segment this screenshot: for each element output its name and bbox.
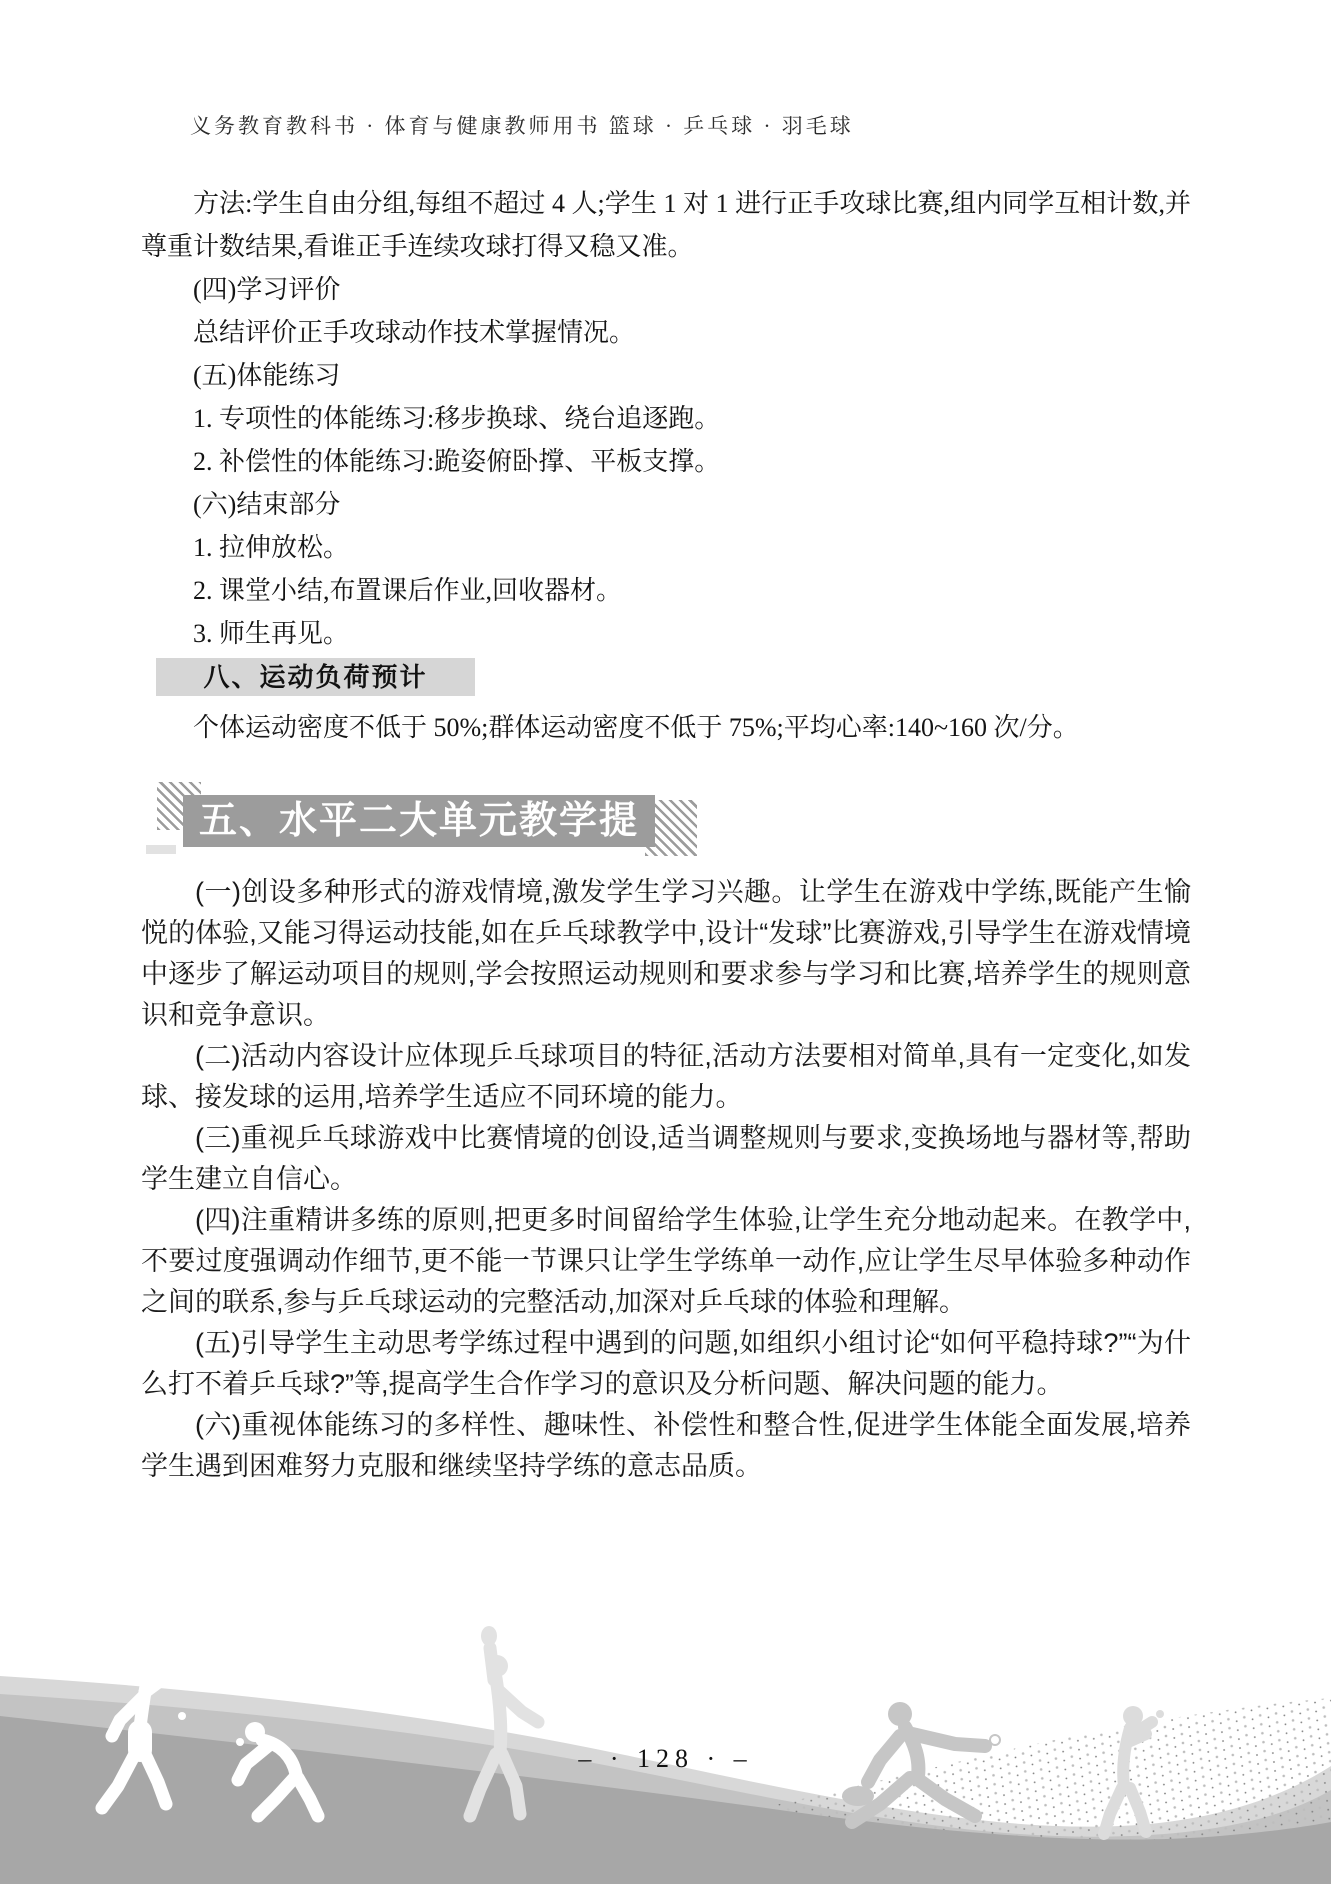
lesson-plan-section: 方法:学生自由分组,每组不超过 4 人;学生 1 对 1 进行正手攻球比赛,组内… xyxy=(141,182,1191,655)
load-body-text: 个体运动密度不低于 50%;群体运动密度不低于 75%;平均心率:140~160… xyxy=(141,706,1191,749)
lesson-paragraph: (五)体能练习 xyxy=(141,354,1191,397)
tips-paragraph: (三)重视乒乓球游戏中比赛情境的创设,适当调整规则与要求,变换场地与器材等,帮助… xyxy=(141,1118,1191,1200)
lesson-paragraph: 1. 专项性的体能练习:移步换球、绕台追逐跑。 xyxy=(141,397,1191,440)
lesson-paragraph: 方法:学生自由分组,每组不超过 4 人;学生 1 对 1 进行正手攻球比赛,组内… xyxy=(141,182,1191,268)
tips-paragraph: (五)引导学生主动思考学练过程中遇到的问题,如组织小组讨论“如何平稳持球?”“为… xyxy=(141,1323,1191,1405)
tips-paragraph: (一)创设多种形式的游戏情境,激发学生学习兴趣。让学生在游戏中学练,既能产生愉悦… xyxy=(141,872,1191,1036)
lesson-paragraph: 1. 拉伸放松。 xyxy=(141,526,1191,569)
page-number: – · 128 · – xyxy=(0,1744,1331,1774)
footer-decoration xyxy=(0,1594,1331,1884)
unit-tips-section: (一)创设多种形式的游戏情境,激发学生学习兴趣。让学生在游戏中学练,既能产生愉悦… xyxy=(141,872,1191,1487)
lesson-paragraph: 总结评价正手攻球动作技术掌握情况。 xyxy=(141,311,1191,354)
lesson-paragraph: 2. 补偿性的体能练习:跪姿俯卧撑、平板支撑。 xyxy=(141,440,1191,483)
book-page: 义务教育教科书 · 体育与健康教师用书 篮球 · 乒乓球 · 羽毛球 方法:学生… xyxy=(0,0,1331,1884)
lesson-paragraph: (六)结束部分 xyxy=(141,483,1191,526)
section-heading-load: 八、运动负荷预计 xyxy=(156,658,475,696)
banner-shadow-decoration xyxy=(146,845,176,854)
running-header: 义务教育教科书 · 体育与健康教师用书 篮球 · 乒乓球 · 羽毛球 xyxy=(190,110,1190,140)
section-heading-unit-tips: 五、水平二大单元教学提示 xyxy=(183,795,655,847)
page-footer: – · 128 · – xyxy=(0,1594,1331,1884)
tips-paragraph: (二)活动内容设计应体现乒乓球项目的特征,活动方法要相对简单,具有一定变化,如发… xyxy=(141,1036,1191,1118)
tips-paragraph: (六)重视体能练习的多样性、趣味性、补偿性和整合性,促进学生体能全面发展,培养学… xyxy=(141,1405,1191,1487)
lesson-paragraph: 2. 课堂小结,布置课后作业,回收器材。 xyxy=(141,569,1191,612)
lesson-paragraph: 3. 师生再见。 xyxy=(141,612,1191,655)
lesson-paragraph: (四)学习评价 xyxy=(141,268,1191,311)
tips-paragraph: (四)注重精讲多练的原则,把更多时间留给学生体验,让学生充分地动起来。在教学中,… xyxy=(141,1200,1191,1323)
